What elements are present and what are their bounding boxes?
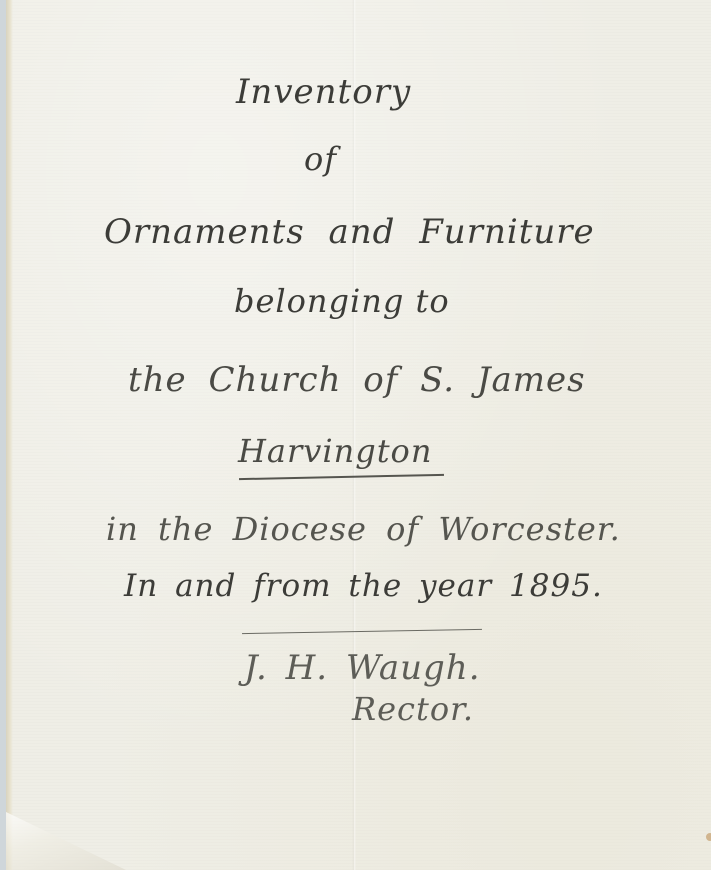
torn-left-edge [6, 0, 13, 870]
parish-place-name: Harvington [238, 432, 432, 470]
church-name: the Church of S. James [128, 360, 586, 400]
place-underline [239, 474, 444, 480]
signature: J. H. Waugh. [244, 648, 481, 688]
folded-corner [6, 812, 126, 870]
signatory-role: Rector. [352, 690, 474, 728]
diocese-line: in the Diocese of Worcester. [106, 510, 621, 548]
foxing-stain [706, 833, 711, 841]
belonging-to-text: belonging to [234, 282, 450, 320]
signature-rule [242, 629, 482, 634]
year-line: In and from the year 1895. [124, 568, 603, 604]
inventory-subject: Ornaments and Furniture [104, 212, 595, 252]
document-title: Inventory [236, 72, 411, 112]
title-connector: of [304, 140, 337, 178]
handwritten-document-page: Inventory of Ornaments and Furniture bel… [6, 0, 711, 870]
